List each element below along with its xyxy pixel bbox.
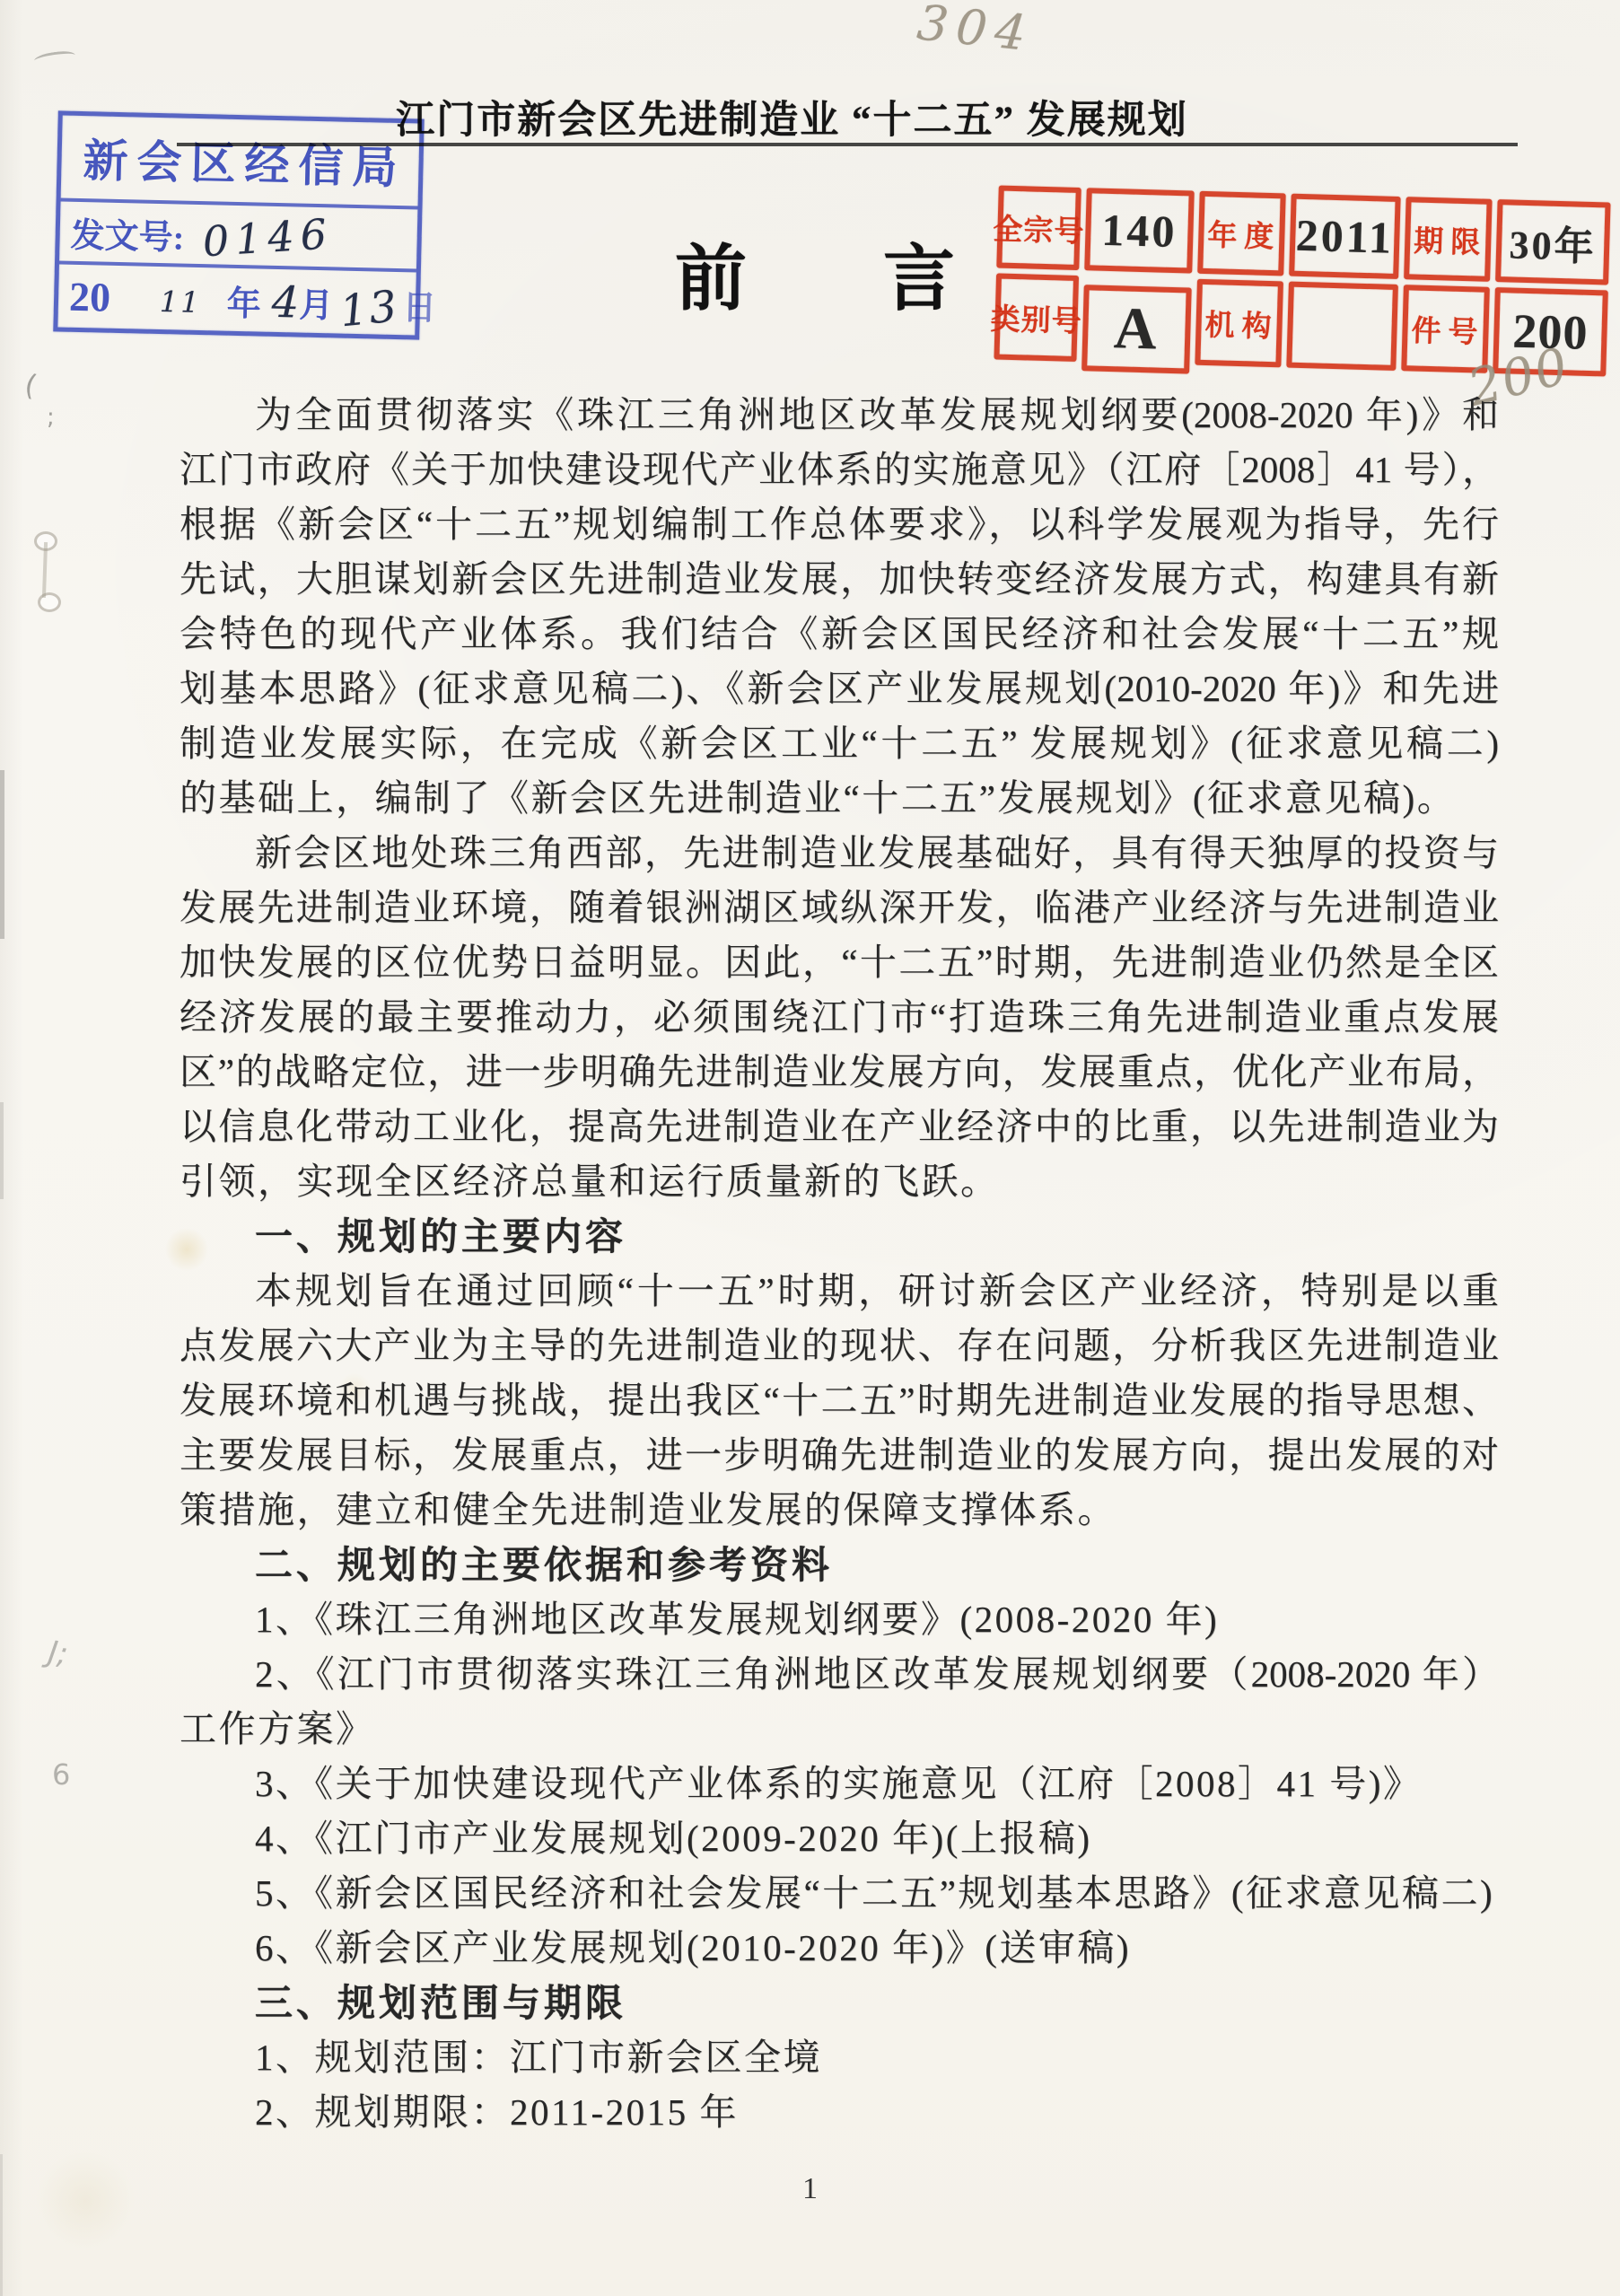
- day-char: 日: [402, 279, 437, 329]
- text-line: 点发展六大产业为主导的先进制造业的现状、存在问题，分析我区先进制造业: [180, 1319, 1499, 1373]
- staple-mark: [42, 542, 48, 598]
- text-line: 策措施，建立和健全先进制造业发展的保障支撑体系。: [180, 1483, 1499, 1538]
- text-line: 主要发展目标，发展重点，进一步明确先进制造业的发展方向，提出发展的对: [180, 1428, 1499, 1483]
- date-year-handwritten: 11: [160, 285, 203, 320]
- date-day-handwritten: 13: [338, 281, 401, 337]
- text-line: 制造业发展实际，在完成《新会区工业“十二五” 发展规划》(征求意见稿二): [180, 716, 1499, 771]
- archive-label-institution: 机构: [1195, 279, 1283, 368]
- text-line: 划基本思路》(征求意见稿二)、《新会区产业发展规划(2010-2020 年)》和…: [180, 662, 1499, 716]
- margin-mark: (: [22, 367, 39, 403]
- docno-handwritten-value: 0146: [201, 209, 334, 266]
- text-line: 先试，大胆谋划新会区先进制造业发展，加快转变经济发展方式，构建具有新: [180, 552, 1499, 607]
- reference-item: 1、《珠江三角洲地区改革发展规划纲要》(2008-2020 年): [180, 1592, 1499, 1647]
- month-char: 月: [299, 276, 334, 327]
- scanned-document-page: 江门市新会区先进制造业 “十二五” 发展规划 304 新会区经信局 发文号: 0…: [0, 0, 1620, 2296]
- reference-item: 3、《关于加快建设现代产业体系的实施意见（江府［2008］41 号)》: [180, 1757, 1499, 1811]
- scope-item: 1、规划范围：江门市新会区全境: [180, 2030, 1499, 2085]
- preface-char-1: 前: [675, 221, 747, 324]
- page-number: 1: [0, 2172, 1620, 2206]
- document-body: 为全面贯彻落实《珠江三角洲地区改革发展规划纲要(2008-2020 年)》和 江…: [180, 388, 1499, 2140]
- text-line: 加快发展的区位优势日益明显。因此，“十二五”时期，先进制造业仍然是全区: [180, 935, 1499, 990]
- margin-mark: ;: [47, 404, 55, 431]
- archive-label-retention: 期限: [1404, 197, 1493, 282]
- reference-item: 4、《江门市产业发展规划(2009-2020 年)(上报稿): [180, 1811, 1499, 1866]
- archive-value-fonds-no: 140: [1084, 188, 1195, 273]
- reference-item: 5、《新会区国民经济和社会发展“十二五”规划基本思路》(征求意见稿二): [180, 1866, 1499, 1921]
- text-line: 本规划旨在通过回顾“十一五”时期，研讨新会区产业经济，特别是以重: [180, 1264, 1499, 1319]
- text-line: 为全面贯彻落实《珠江三角洲地区改革发展规划纲要(2008-2020 年)》和: [180, 388, 1499, 443]
- stamp-date-row: 20 11 年 4 月 13 日: [57, 264, 416, 335]
- reference-item-continuation: 工作方案》: [180, 1702, 1499, 1757]
- text-line: 发展先进制造业环境，随着银洲湖区域纵深开发，临港产业经济与先进制造业: [180, 881, 1499, 935]
- text-line: 区”的战略定位，进一步明确先进制造业发展方向，发展重点，优化产业布局，: [180, 1045, 1499, 1100]
- section-heading-3: 三、规划范围与期限: [180, 1976, 1499, 2030]
- text-line: 经济发展的最主要推动力，必须围绕江门市“打造珠三角先进制造业重点发展: [180, 990, 1499, 1045]
- text-line: 江门市政府《关于加快建设现代产业体系的实施意见》（江府［2008］41 号），: [180, 443, 1499, 497]
- scan-edge-artifact: [0, 1102, 4, 1199]
- section-heading-2: 二、规划的主要依据和参考资料: [180, 1538, 1499, 1592]
- text-line: 以信息化带动工业化，提高先进制造业在产业经济中的比重，以先进制造业为: [180, 1100, 1499, 1154]
- archive-value-year: 2011: [1289, 194, 1401, 279]
- margin-mark: 6: [52, 1757, 70, 1792]
- year-char: 年: [226, 275, 261, 325]
- preface-title: 前 言: [675, 221, 955, 324]
- archive-value-category-no: A: [1081, 285, 1192, 373]
- archive-value-institution: [1286, 282, 1398, 371]
- blue-office-stamp: 新会区经信局 发文号: 0146 20 11 年 4 月 13 日: [53, 110, 424, 339]
- archive-label-year: 年度: [1197, 191, 1286, 276]
- reference-item: 2、《江门市贯彻落实珠江三角洲地区改革发展规划纲要（2008-2020 年）: [180, 1647, 1499, 1702]
- text-line: 新会区地处珠三角西部，先进制造业发展基础好，具有得天独厚的投资与: [180, 826, 1499, 881]
- preface-char-2: 言: [883, 221, 955, 324]
- text-line: 会特色的现代产业体系。我们结合《新会区国民经济和社会发展“十二五”规: [180, 607, 1499, 662]
- section-heading-1: 一、规划的主要内容: [180, 1209, 1499, 1264]
- scan-edge-artifact: [0, 2154, 3, 2296]
- reference-item: 6、《新会区产业发展规划(2010-2020 年)》(送审稿): [180, 1921, 1499, 1976]
- date-month-handwritten: 4: [271, 277, 300, 329]
- text-line: 的基础上，编制了《新会区先进制造业“十二五”发展规划》(征求意见稿)。: [180, 771, 1499, 826]
- staple-hole-mark: [38, 592, 61, 612]
- text-line: 根据《新会区“十二五”规划编制工作总体要求》，以科学发展观为指导，先行: [180, 497, 1499, 552]
- archive-value-retention: 30年: [1495, 199, 1611, 285]
- stamp-docno-row: 发文号: 0146: [59, 201, 417, 272]
- archive-label-category-no: 类别号: [994, 273, 1079, 362]
- archive-label-fonds-no: 全宗号: [996, 186, 1081, 271]
- stamp-agency-name: 新会区经信局: [61, 116, 420, 210]
- text-line: 发展环境和机遇与挑战，提出我区“十二五”时期先进制造业发展的指导思想、: [180, 1373, 1499, 1428]
- period-item: 2、规划期限：2011-2015 年: [180, 2085, 1499, 2140]
- docno-label: 发文号:: [70, 206, 185, 259]
- text-line: 引领，实现全区经济总量和运行质量新的飞跃。: [180, 1154, 1499, 1209]
- corner-pen-mark: [33, 49, 75, 66]
- scan-edge-artifact: [0, 770, 4, 939]
- margin-mark: J;: [46, 1634, 70, 1673]
- pencil-archive-number: 304: [915, 0, 1037, 63]
- date-prefix: 20: [69, 272, 111, 320]
